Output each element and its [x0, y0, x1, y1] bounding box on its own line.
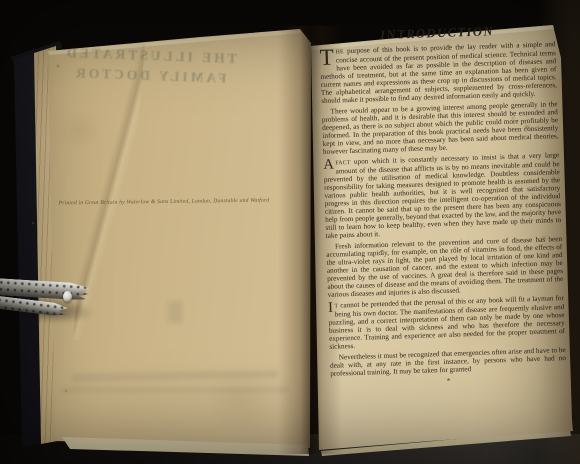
paragraph-4: Fresh information relevant to the preven… [326, 235, 564, 299]
paragraph-text: upon which it is constantly necessary to… [324, 151, 562, 240]
paragraph-2: There would appear to be a growing inter… [321, 100, 558, 156]
paragraph-text: cannot be pretended that the perusal of … [328, 294, 565, 351]
paragraph-6: Nevertheless it must be recognized that … [330, 346, 567, 378]
showthrough-smudge [62, 387, 288, 393]
paragraph-text: purpose of this book is to provide the l… [320, 40, 557, 105]
chapter-title: INTRODUCTION [319, 25, 555, 41]
showthrough-emblem [168, 301, 182, 323]
drop-cap-t: T [319, 47, 336, 68]
drop-cap-a: A [323, 159, 335, 172]
paragraph-text: There would appear to be a growing inter… [322, 100, 559, 156]
small-caps: FACT [335, 160, 350, 167]
paragraph-1: THE purpose of this book is to provide t… [319, 40, 557, 105]
page-text: INTRODUCTION THE purpose of this book is… [319, 25, 567, 389]
paragraph-5: IT cannot be pretended that the perusal … [328, 294, 565, 351]
paragraph-3: AFACT upon which it is constantly necess… [323, 151, 562, 240]
clip-bead [63, 291, 72, 302]
photo-open-book: THE ILLUSTRATED FAMILY DOCTOR Printed in… [0, 0, 580, 464]
showthrough-title: THE ILLUSTRATED FAMILY DOCTOR [51, 43, 248, 90]
paragraph-text: Nevertheless it must be recognized that … [330, 346, 566, 378]
paragraph-text: Fresh information relevant to the preven… [326, 235, 563, 299]
